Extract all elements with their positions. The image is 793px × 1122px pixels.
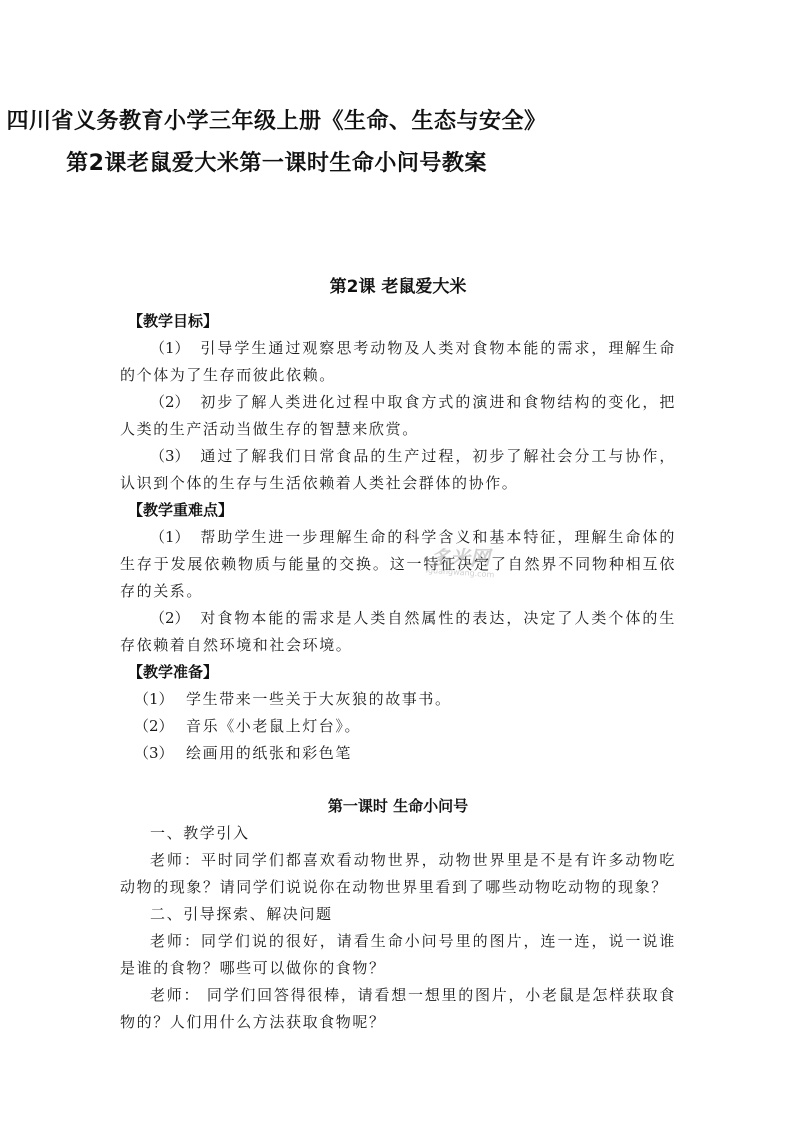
item-text: 初步了解人类进化过程中取食方式的演进和食物结构的变化，把人类的生产活动当做生存的… xyxy=(120,393,676,438)
item-number: （3） xyxy=(134,740,186,767)
preparation-item: （1）学生带来一些关于大灰狼的故事书。 xyxy=(120,686,676,713)
item-number: （2） xyxy=(134,713,186,740)
part2-paragraph: 老师：同学们说的很好，请看生命小问号里的图片，连一连，说一说谁是谁的食物？哪些可… xyxy=(120,928,676,982)
item-text: 对食物本能的需求是人类自然属性的表达，决定了人类个体的生存依赖着自然环境和社会环… xyxy=(120,609,676,654)
item-text: 学生带来一些关于大灰狼的故事书。 xyxy=(186,690,452,708)
item-number: （2） xyxy=(150,389,200,416)
item-number: （1） xyxy=(150,335,200,362)
preparation-item: （2）音乐《小老鼠上灯台》。 xyxy=(120,713,676,740)
section-heading-preparation: 【教学准备】 xyxy=(120,659,676,686)
objective-item: （3）通过了解我们日常食品的生产过程，初步了解社会分工与协作，认识到个体的生存与… xyxy=(120,443,676,497)
part2-heading: 二、引导探索、解决问题 xyxy=(120,901,676,928)
document-body: 【教学目标】 （1）引导学生通过观察思考动物及人类对食物本能的需求，理解生命的个… xyxy=(120,308,676,1036)
section-heading-key-points: 【教学重难点】 xyxy=(120,497,676,524)
key-point-item: （2）对食物本能的需求是人类自然属性的表达，决定了人类个体的生存依赖着自然环境和… xyxy=(120,605,676,659)
item-text: 音乐《小老鼠上灯台》。 xyxy=(186,717,361,735)
item-text: 引导学生通过观察思考动物及人类对食物本能的需求，理解生命的个体为了生存而彼此依赖… xyxy=(120,339,676,384)
lesson-heading: 第2课 老鼠爱大米 xyxy=(120,272,676,297)
item-number: （2） xyxy=(150,605,200,632)
item-number: （3） xyxy=(150,443,200,470)
part2-paragraph: 老师： 同学们回答得很棒，请看想一想里的图片，小老鼠是怎样获取食物的？人们用什么… xyxy=(120,982,676,1036)
item-text: 通过了解我们日常食品的生产过程，初步了解社会分工与协作，认识到个体的生存与生活依… xyxy=(120,447,676,492)
document-title-line1: 四川省义务教育小学三年级上册《生命、生态与安全》 xyxy=(0,104,673,135)
part1-heading: 一、教学引入 xyxy=(120,820,676,847)
preparation-item: （3）绘画用的纸张和彩色笔 xyxy=(120,740,676,767)
objective-item: （1）引导学生通过观察思考动物及人类对食物本能的需求，理解生命的个体为了生存而彼… xyxy=(120,335,676,389)
part1-paragraph: 老师：平时同学们都喜欢看动物世界，动物世界里是不是有许多动物吃动物的现象？请同学… xyxy=(120,847,676,901)
key-point-item: （1）帮助学生进一步理解生命的科学含义和基本特征，理解生命体的生存于发展依赖物质… xyxy=(120,524,676,605)
period-heading: 第一课时 生命小问号 xyxy=(120,793,676,820)
item-number: （1） xyxy=(134,686,186,713)
objective-item: （2）初步了解人类进化过程中取食方式的演进和食物结构的变化，把人类的生产活动当做… xyxy=(120,389,676,443)
item-text: 绘画用的纸张和彩色笔 xyxy=(186,744,352,762)
document-title-line2: 第2课老鼠爱大米第一课时生命小问号教案 xyxy=(0,146,673,177)
section-heading-objectives: 【教学目标】 xyxy=(120,308,676,335)
item-number: （1） xyxy=(150,524,200,551)
item-text: 帮助学生进一步理解生命的科学含义和基本特征，理解生命体的生存于发展依赖物质与能量… xyxy=(120,528,676,600)
